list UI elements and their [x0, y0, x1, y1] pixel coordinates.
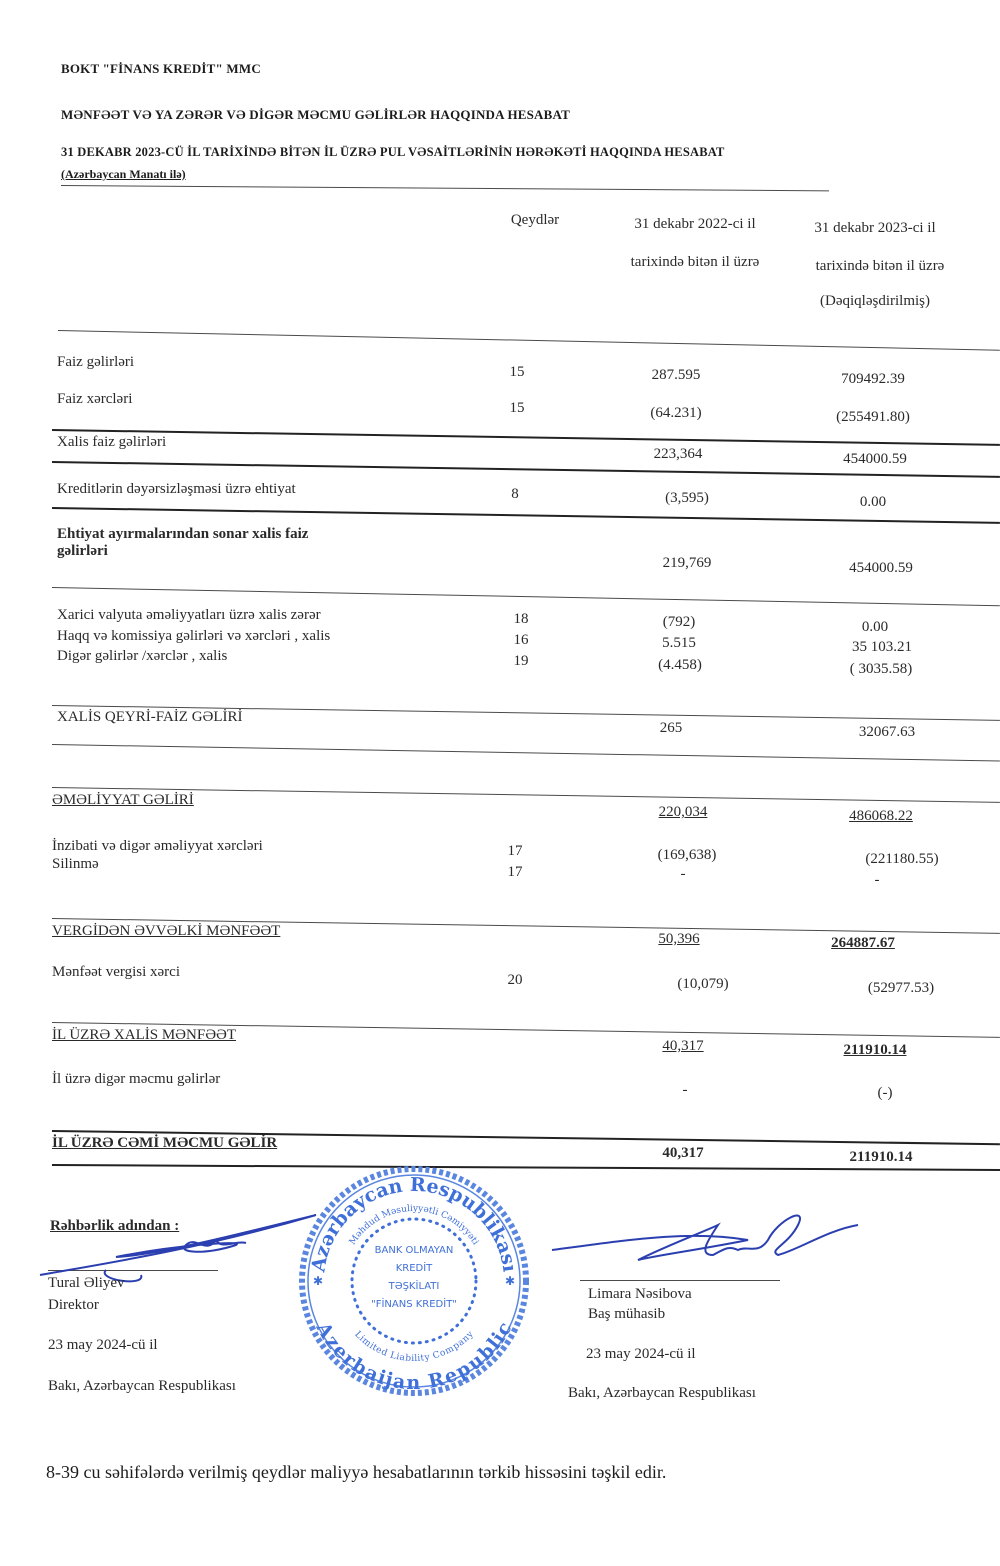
- row-value-2023: -: [802, 872, 952, 889]
- row-value-2023: ( 3035.58): [806, 661, 956, 678]
- signer-right-date: 23 may 2024-cü il: [586, 1346, 696, 1363]
- signer-left-name: Tural Əliyev: [48, 1275, 125, 1292]
- currency-note: (Azərbaycan Manatı ilə): [61, 167, 186, 182]
- row-value-2023: 35 103.21: [807, 639, 957, 656]
- row-value-2023: (52977.53): [826, 980, 976, 997]
- svg-text:BANK OLMAYAN: BANK OLMAYAN: [375, 1245, 454, 1256]
- row-note: 15: [497, 364, 537, 381]
- row-note: 20: [495, 972, 535, 989]
- signer-right-place: Bakı, Azərbaycan Respublikası: [568, 1385, 756, 1402]
- table-top-rule: [58, 330, 1000, 351]
- row-note: 17: [495, 843, 535, 860]
- svg-text:TƏŞKİLATI: TƏŞKİLATI: [388, 1279, 440, 1292]
- row-value-2023: 0.00: [800, 619, 950, 636]
- company-stamp-icon: Azərbaycan Respublikası Azerbaijan Repub…: [296, 1163, 532, 1399]
- row-value-2022: 50,396: [604, 931, 754, 948]
- svg-text:"FİNANS KREDİT": "FİNANS KREDİT": [371, 1297, 457, 1310]
- row-note: 17: [495, 864, 535, 881]
- row-rule: [52, 744, 1000, 762]
- header-rule: [61, 185, 829, 191]
- row-label: Faiz gəlirləri: [57, 354, 134, 371]
- row-value-2023: (221180.55): [827, 851, 977, 868]
- signer-left-place: Bakı, Azərbaycan Respublikası: [48, 1378, 236, 1395]
- row-value-2023: 264887.67: [788, 935, 938, 952]
- row-note: 8: [495, 486, 535, 503]
- row-label: İl üzrə digər məcmu gəlirlər: [52, 1071, 220, 1088]
- row-note: 16: [501, 632, 541, 649]
- row-value-2022-total: 40,317: [608, 1145, 758, 1162]
- row-label: Xarici valyuta əməliyyatları üzrə xalis …: [57, 607, 321, 624]
- row-value-2023: 211910.14: [800, 1042, 950, 1059]
- row-label: İL ÜZRƏ XALİS MƏNFƏƏT: [52, 1027, 236, 1044]
- row-label-line2: gəlirləri: [57, 543, 108, 560]
- row-value-2022: -: [608, 866, 758, 883]
- row-label: VERGİDƏN ƏVVƏLKİ MƏNFƏƏT: [52, 923, 280, 940]
- row-value-2022: 287.595: [601, 367, 751, 384]
- svg-text:Azərbaycan Respublikası: Azərbaycan Respublikası: [307, 1174, 520, 1275]
- column-header-2023-line1: 31 dekabr 2023-ci il: [790, 220, 960, 237]
- column-header-2023-line3: (Dəqiqləşdirilmiş): [795, 293, 955, 310]
- row-value-2023: (-): [810, 1085, 960, 1102]
- svg-text:✱: ✱: [313, 1274, 323, 1288]
- report-subtitle: 31 DEKABR 2023-CÜ İL TARİXİNDƏ BİTƏN İL …: [61, 145, 725, 160]
- row-label: Ehtiyat ayırmalarından sonar xalis faiz: [57, 526, 308, 543]
- row-label: ƏMƏLİYYAT GƏLİRİ: [52, 792, 194, 809]
- row-note: 19: [501, 653, 541, 670]
- row-value-2022: 265: [596, 720, 746, 737]
- row-rule: [52, 429, 1000, 446]
- row-label-total: İL ÜZRƏ CƏMİ MƏCMU GƏLİR: [52, 1135, 277, 1152]
- row-label: İnzibati və digər əməliyyat xərcləri: [52, 838, 263, 855]
- row-value-2022: -: [610, 1082, 760, 1099]
- row-label: Silinmə: [52, 856, 99, 873]
- row-value-2022: 219,769: [612, 555, 762, 572]
- row-value-2022: (10,079): [628, 976, 778, 993]
- row-label: Mənfəət vergisi xərci: [52, 964, 180, 981]
- row-value-2023: 709492.39: [798, 371, 948, 388]
- row-value-2022: 5.515: [604, 635, 754, 652]
- row-label: Haqq və komissiya gəlirləri və xərcləri …: [57, 628, 330, 645]
- row-value-2023: 0.00: [798, 494, 948, 511]
- svg-text:KREDİT: KREDİT: [396, 1261, 433, 1274]
- row-value-2023: 32067.63: [812, 724, 962, 741]
- svg-text:Limited Liability Company: Limited Liability Company: [352, 1329, 476, 1364]
- row-rule: [52, 787, 1000, 803]
- report-title: MƏNFƏƏT VƏ YA ZƏRƏR VƏ DİGƏR MƏCMU GƏLİR…: [61, 107, 570, 123]
- row-label: Xalis faiz gəlirləri: [57, 434, 166, 451]
- row-value-2022: (4.458): [605, 657, 755, 674]
- row-value-2023: 486068.22: [806, 808, 956, 825]
- row-value-2022: 223,364: [603, 446, 753, 463]
- row-value-2022: (792): [604, 614, 754, 631]
- signer-left-title: Direktor: [48, 1297, 99, 1314]
- column-header-2022-line1: 31 dekabr 2022-ci il: [610, 216, 780, 233]
- svg-text:✱: ✱: [505, 1274, 515, 1288]
- column-header-2022-line2: tarixində bitən il üzrə: [610, 254, 780, 271]
- column-header-notes: Qeydlər: [495, 212, 575, 229]
- company-name: BOKT "FİNANS KREDİT" MMC: [61, 61, 261, 77]
- signer-left-date: 23 may 2024-cü il: [48, 1337, 158, 1354]
- signer-right-name: Limara Nəsibova: [588, 1286, 692, 1303]
- row-value-2022: (169,638): [612, 847, 762, 864]
- signature-right-icon: [548, 1200, 868, 1290]
- row-label: Kreditlərin dəyərsizləşməsi üzrə ehtiyat: [57, 481, 296, 498]
- row-value-2023: (255491.80): [798, 409, 948, 426]
- row-note: 18: [501, 611, 541, 628]
- row-rule: [52, 587, 1000, 606]
- row-value-2022: (64.231): [601, 405, 751, 422]
- row-label: Digər gəlirlər /xərclər , xalis: [57, 648, 227, 665]
- row-note: 15: [497, 400, 537, 417]
- row-value-2023-total: 211910.14: [806, 1149, 956, 1166]
- row-label: XALİS QEYRİ-FAİZ GƏLİRİ: [57, 709, 243, 726]
- footer-note: 8-39 cu səhifələrdə verilmiş qeydlər mal…: [46, 1462, 666, 1483]
- row-label: Faiz xərcləri: [57, 391, 132, 408]
- row-value-2023: 454000.59: [800, 451, 950, 468]
- row-value-2022: (3,595): [612, 490, 762, 507]
- signer-right-title: Baş mühasib: [588, 1306, 665, 1323]
- signature-line-right: [580, 1280, 780, 1281]
- row-value-2023: 454000.59: [806, 560, 956, 577]
- column-header-2023-line2: tarixində bitən il üzrə: [795, 258, 965, 275]
- row-value-2022: 40,317: [608, 1038, 758, 1055]
- row-value-2022: 220,034: [608, 804, 758, 821]
